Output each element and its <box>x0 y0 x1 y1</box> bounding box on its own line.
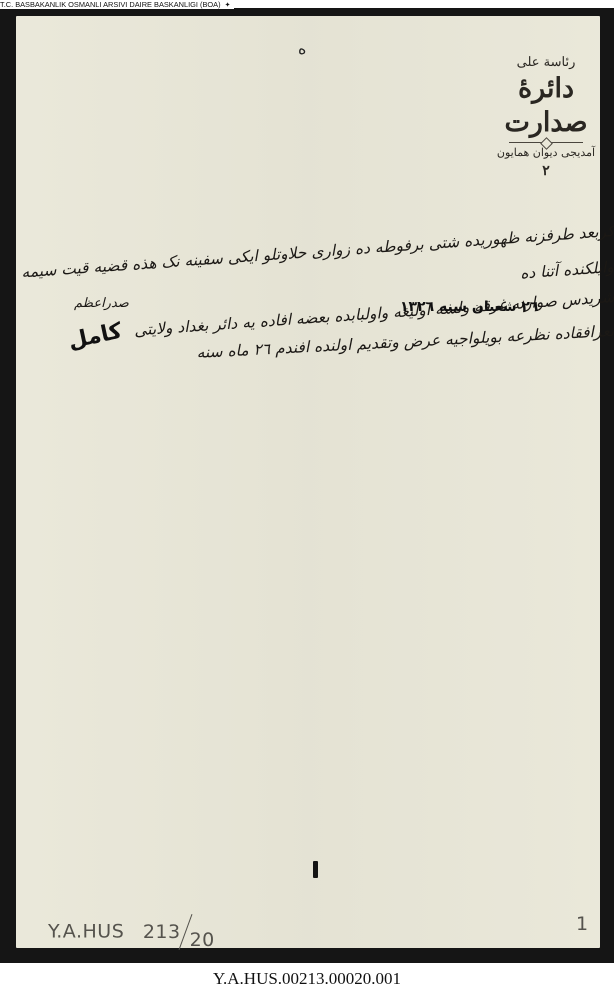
letterhead-stamp: رئاسة علی دائرهٔ صدارت آمدیجی دیوان همای… <box>486 54 606 179</box>
pencil-prefix: Y.A.HUS <box>48 921 124 943</box>
ornament-divider <box>509 142 583 143</box>
pencil-page-number: 1 <box>576 913 588 935</box>
reference-code: Y.A.HUS.00213.00020.001 <box>213 969 401 988</box>
reference-footer: Y.A.HUS.00213.00020.001 <box>0 963 614 995</box>
pencil-denominator: 20 <box>190 929 215 951</box>
letterhead-title: دائرهٔ صدارت <box>486 72 606 140</box>
pencil-reference: Y.A.HUS 21320 <box>48 913 215 951</box>
pencil-numerator: 213 <box>143 921 181 943</box>
letterhead-top: رئاسة علی <box>486 54 606 72</box>
top-mark: ه <box>298 39 306 58</box>
body-line: وایلکنده آتنا ده <box>520 258 614 282</box>
date-stamp: ۲٦ شعبان سنه ۱۳۲٦ <box>400 299 538 315</box>
star-icon: ✦ <box>225 2 231 9</box>
signature-title: صدراعظم <box>74 296 129 311</box>
archive-title: T.C. BASBAKANLIK OSMANLI ARSIVI DAIRE BA… <box>0 0 221 9</box>
signature: کامل <box>66 319 124 355</box>
document-page: ه رئاسة علی دائرهٔ صدارت آمدیجی دیوان هم… <box>16 16 600 948</box>
letterhead-number: ٢ <box>486 163 606 179</box>
archive-header: T.C. BASBAKANLIK OSMANLI ARSIVI DAIRE BA… <box>0 0 234 9</box>
page-number-mark <box>313 861 318 878</box>
